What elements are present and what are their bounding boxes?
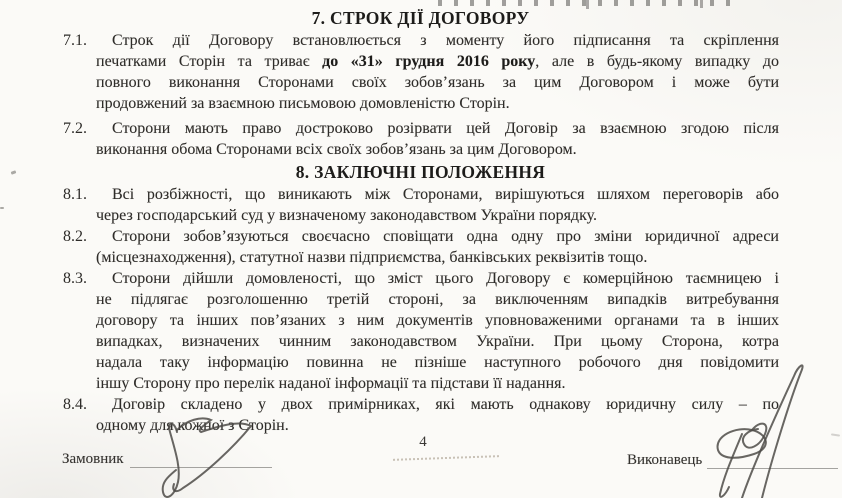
text-line: іншу Сторону про перелік наданої інформа… <box>96 373 779 394</box>
customer-signature-label: Замовник <box>62 451 124 468</box>
text-segment: печатками Сторін та триває <box>96 53 322 70</box>
contract-scan-page: 7. СТРОК ДІЇ ДОГОВОРУ 7.1. Строк дії Дог… <box>0 0 842 498</box>
ink-speck <box>831 433 840 436</box>
clause-number: 8.1. <box>63 184 87 205</box>
text-line: надала таку інформацію повинна не пізніш… <box>96 352 779 373</box>
customer-handwritten-signature <box>143 410 273 498</box>
clause-number: 8.4. <box>63 394 87 415</box>
text-line: Сторони зобов’язуються своєчасно сповіща… <box>96 226 779 247</box>
section-8-heading: 8. ЗАКЛЮЧНІ ПОЛОЖЕННЯ <box>62 162 779 183</box>
clause-number: 7.1. <box>63 30 87 51</box>
section-7-heading: 7. СТРОК ДІЇ ДОГОВОРУ <box>62 8 779 29</box>
page-number: 4 <box>408 434 438 451</box>
clause-8-2: 8.2. Сторони зобов’язуються своєчасно сп… <box>0 226 842 268</box>
clause-number: 8.2. <box>63 226 87 247</box>
text-segment: , але в будь-якому випадку до <box>535 53 779 70</box>
footer-dotted-mark <box>393 455 499 461</box>
text-line: договору та інших пов’язаних з ним докум… <box>96 310 779 331</box>
text-line: (місцезнаходження), статутної назви підп… <box>96 247 779 268</box>
clause-number: 8.3. <box>63 268 87 289</box>
text-line: Сторони дійшли домовленості, що зміст ць… <box>96 268 779 289</box>
text-line: Сторони мають право достроково розірвати… <box>96 118 779 139</box>
text-line: Всі розбіжності, що виникають між Сторон… <box>96 184 779 205</box>
clause-number: 7.2. <box>63 118 87 139</box>
text-line: випадках, визначених чинним законодавств… <box>96 331 779 352</box>
clause-7-2: 7.2. Сторони мають право достроково розі… <box>0 118 842 160</box>
text-line: повного виконання Сторонами своїх зобов’… <box>96 72 779 93</box>
contractor-signature-label: Виконавець <box>627 452 702 469</box>
text-line: виконання обома Сторонами всіх своїх зоб… <box>96 139 779 160</box>
clause-7-1: 7.1. Строк дії Договору встановлюється з… <box>0 30 842 114</box>
text-line: Строк дії Договору встановлюється з моме… <box>96 30 779 51</box>
contractor-handwritten-signature <box>696 354 812 498</box>
clause-8-1: 8.1. Всі розбіжності, що виникають між С… <box>0 184 842 226</box>
text-line: печатками Сторін та триває до «31» грудн… <box>96 51 779 72</box>
text-line: через господарський суд у визначеному за… <box>96 205 779 226</box>
ink-speck <box>0 207 4 209</box>
text-line: продовжений за взаємною письмовою домовл… <box>96 93 779 114</box>
bold-date-phrase: до «31» грудня 2016 року <box>322 53 535 70</box>
text-line: не підлягає розголошенню третій стороні,… <box>96 289 779 310</box>
